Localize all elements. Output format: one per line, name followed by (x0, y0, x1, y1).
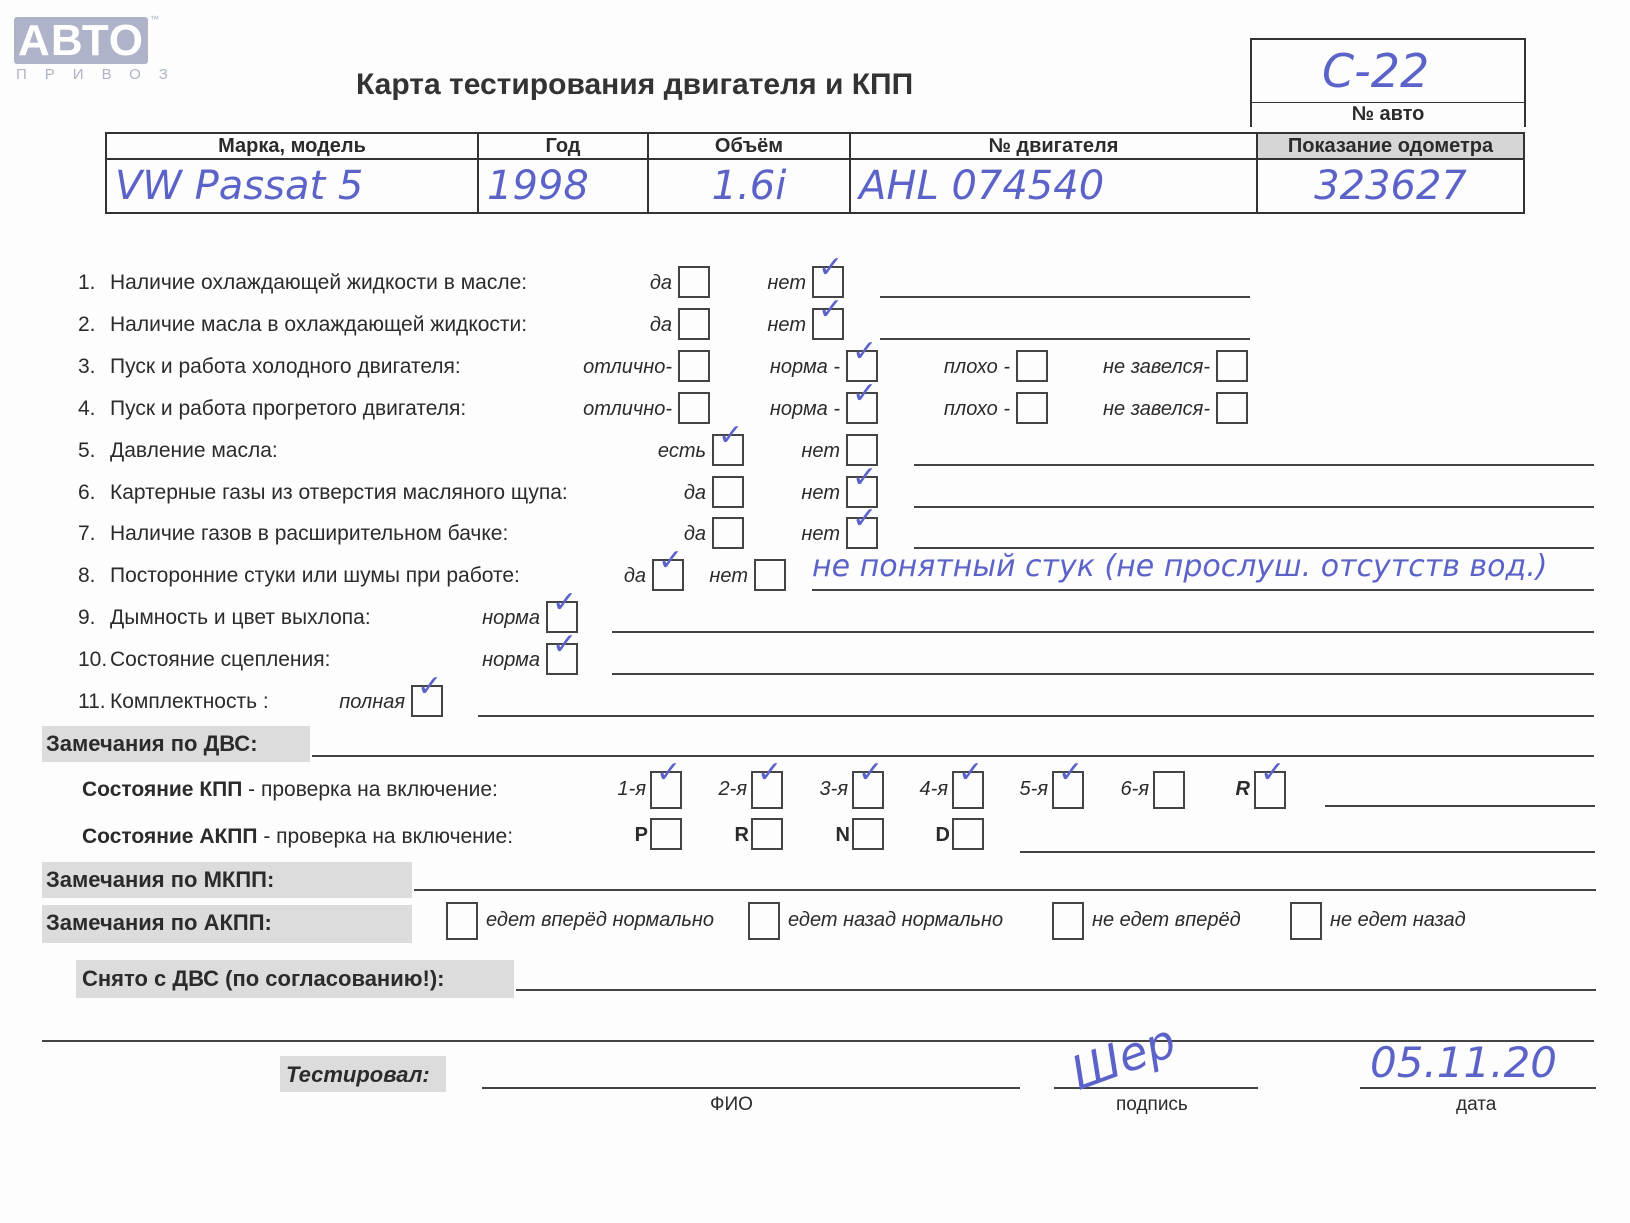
auto-gearbox-label-bold: Состояние АКПП (82, 825, 258, 848)
auto-remark-label: не едет назад (1330, 903, 1466, 937)
check-mark-icon: ✓ (852, 334, 877, 369)
checkbox[interactable]: ✓ (846, 392, 878, 424)
option-label: нет (767, 266, 806, 300)
gear-checkbox[interactable]: ✓ (650, 771, 682, 809)
note-line[interactable] (880, 338, 1250, 340)
removed-label: Снято с ДВС (по согласованию!): (82, 962, 445, 996)
checkbox[interactable]: ✓ (712, 434, 744, 466)
checklist-row: 7.Наличие газов в расширительном бачке: (78, 519, 508, 549)
position-checkbox[interactable] (952, 818, 984, 850)
position-label: P (635, 818, 648, 852)
auto-remarks-label: Замечания по АКПП: (46, 906, 272, 940)
option-label: норма - (770, 392, 840, 426)
gear-label: 4-я (920, 772, 948, 806)
item-label: Состояние сцепления: (110, 648, 330, 671)
checklist-row: 2.Наличие масла в охлаждающей жидкости: (78, 310, 527, 340)
manual-remarks-line[interactable] (414, 889, 1596, 891)
name-line[interactable] (482, 1087, 1020, 1089)
car-number-box: C-22 (1250, 38, 1526, 103)
item-label: Наличие газов в расширительном бачке: (110, 522, 508, 545)
item-number: 9. (78, 603, 110, 633)
checklist-row: 5.Давление масла: (78, 436, 278, 466)
checkbox[interactable] (678, 308, 710, 340)
option-label: плохо - (944, 350, 1010, 384)
checkbox[interactable] (1216, 392, 1248, 424)
col-make-model: Марка, модель (106, 133, 478, 159)
check-mark-icon: ✓ (757, 755, 782, 790)
option-label: плохо - (944, 392, 1010, 426)
item-number: 10. (78, 645, 110, 675)
checkbox[interactable] (712, 476, 744, 508)
name-caption: ФИО (710, 1094, 753, 1116)
option-label: норма (482, 643, 540, 677)
check-mark-icon: ✓ (818, 250, 843, 285)
date-caption: дата (1456, 1094, 1496, 1116)
option-label: да (684, 476, 706, 510)
checkbox[interactable]: ✓ (411, 685, 443, 717)
option-label: нет (801, 476, 840, 510)
auto-remark-label: едет назад нормально (788, 903, 1003, 937)
checkbox[interactable] (712, 517, 744, 549)
signature-caption: подпись (1116, 1094, 1188, 1116)
check-mark-icon: ✓ (417, 669, 442, 704)
checkbox[interactable]: ✓ (812, 308, 844, 340)
volume-value[interactable]: 1.6i (648, 159, 850, 213)
ice-remarks-line[interactable] (312, 755, 1594, 757)
col-year: Год (478, 133, 648, 159)
checklist-row: 8.Посторонние стуки или шумы при работе: (78, 561, 520, 591)
date-line[interactable] (1360, 1087, 1596, 1089)
auto-gearbox-label-rest: - проверка на включение: (258, 825, 514, 848)
option-label: нет (709, 559, 748, 593)
col-odometer: Показание одометра (1257, 133, 1524, 159)
gear-label: 3-я (820, 772, 848, 806)
auto-gearbox-note-line[interactable] (1020, 851, 1595, 853)
checkbox[interactable] (1016, 350, 1048, 382)
option-label: да (624, 559, 646, 593)
item-number: 2. (78, 310, 110, 340)
checkbox[interactable]: ✓ (652, 559, 684, 591)
item-number: 3. (78, 352, 110, 382)
col-engine-number: № двигателя (850, 133, 1257, 159)
removed-line-2[interactable] (42, 1040, 1594, 1042)
item-number: 5. (78, 436, 110, 466)
checkbox[interactable] (1016, 392, 1048, 424)
tested-by-label: Тестировал: (286, 1058, 430, 1092)
note-line[interactable] (478, 715, 1594, 717)
gear-label: 6-я (1121, 772, 1149, 806)
option-label: не завелся- (1103, 392, 1210, 426)
item-number: 4. (78, 394, 110, 424)
option-label: да (650, 308, 672, 342)
checkbox[interactable] (754, 559, 786, 591)
option-label: норма (482, 601, 540, 635)
gearbox-label-bold: Состояние КПП (82, 778, 242, 801)
check-mark-icon: ✓ (552, 585, 577, 620)
page-title: Карта тестирования двигателя и КПП (356, 68, 913, 102)
option-label: есть (658, 434, 706, 468)
check-mark-icon: ✓ (656, 755, 681, 790)
option-label: отлично- (583, 392, 672, 426)
checkbox[interactable]: ✓ (546, 643, 578, 675)
car-number-value[interactable]: C-22 (1322, 44, 1429, 98)
logo: АВТО (14, 17, 148, 64)
check-mark-icon: ✓ (852, 501, 877, 536)
item-label: Комплектность : (110, 690, 269, 713)
item-number: 6. (78, 478, 110, 508)
car-number-label: № авто (1250, 101, 1526, 127)
check-mark-icon: ✓ (818, 292, 843, 327)
item-label: Дымность и цвет выхлопа: (110, 606, 371, 629)
item-label: Пуск и работа холодного двигателя: (110, 355, 461, 378)
position-checkbox[interactable] (650, 818, 682, 850)
option-label: да (684, 517, 706, 551)
option-label: нет (801, 434, 840, 468)
odometer-value[interactable]: 323627 (1257, 159, 1524, 213)
item-number: 11. (78, 687, 110, 717)
auto-remark-label: не едет вперёд (1092, 903, 1241, 937)
gear-checkbox[interactable]: ✓ (952, 771, 984, 809)
removed-line[interactable] (516, 989, 1596, 991)
option-label: норма - (770, 350, 840, 384)
item-number: 8. (78, 561, 110, 591)
note-line[interactable] (612, 631, 1594, 633)
check-mark-icon: ✓ (852, 376, 877, 411)
option-label: нет (767, 308, 806, 342)
item-label: Наличие масла в охлаждающей жидкости: (110, 313, 527, 336)
check-mark-icon: ✓ (858, 755, 883, 790)
item-label: Давление масла: (110, 439, 278, 462)
checkbox[interactable] (678, 350, 710, 382)
auto-remark-checkbox[interactable] (1052, 902, 1084, 940)
vehicle-info-table: Марка, модель Год Объём № двигателя Пока… (105, 132, 1525, 214)
checklist-row: 1.Наличие охлаждающей жидкости в масле: (78, 268, 527, 298)
note-line[interactable] (914, 464, 1594, 466)
check-mark-icon: ✓ (552, 627, 577, 662)
position-label: R (735, 818, 749, 852)
checklist-row: 10.Состояние сцепления: (78, 645, 330, 675)
option-label: отлично- (583, 350, 672, 384)
note-text[interactable]: не понятный стук (не прослуш. отсутств в… (812, 549, 1547, 584)
position-label: D (936, 818, 950, 852)
item-label: Посторонние стуки или шумы при работе: (110, 564, 520, 587)
year-value[interactable]: 1998 (478, 159, 648, 213)
logo-subtitle: ПРИВОЗ (16, 66, 186, 83)
item-label: Наличие охлаждающей жидкости в масле: (110, 271, 527, 294)
gear-label: 1-я (618, 772, 646, 806)
engine-number-value[interactable]: AHL 074540 (850, 159, 1257, 213)
checkbox[interactable] (678, 392, 710, 424)
item-number: 7. (78, 519, 110, 549)
position-checkbox[interactable] (751, 818, 783, 850)
auto-gearbox-label: Состояние АКПП - проверка на включение: (82, 822, 513, 852)
gear-label: R (1236, 772, 1250, 806)
check-mark-icon: ✓ (718, 418, 743, 453)
checklist-row: 6.Картерные газы из отверстия масляного … (78, 478, 568, 508)
note-line[interactable] (612, 673, 1594, 675)
item-number: 1. (78, 268, 110, 298)
auto-remark-label: едет вперёд нормально (486, 903, 714, 937)
checkbox[interactable] (678, 266, 710, 298)
auto-remark-checkbox[interactable] (748, 902, 780, 940)
col-volume: Объём (648, 133, 850, 159)
note-line[interactable] (880, 296, 1250, 298)
gearbox-note-line[interactable] (1325, 805, 1595, 807)
item-label: Пуск и работа прогретого двигателя: (110, 397, 466, 420)
option-label: полная (339, 685, 405, 719)
position-label: N (836, 818, 850, 852)
position-checkbox[interactable] (852, 818, 884, 850)
gearbox-label-rest: - проверка на включение: (242, 778, 498, 801)
gear-label: 5-я (1020, 772, 1048, 806)
gear-checkbox[interactable]: ✓ (1052, 771, 1084, 809)
date-value[interactable]: 05.11.20 (1370, 1038, 1557, 1087)
gear-label: 2-я (719, 772, 747, 806)
manual-remarks-label: Замечания по МКПП: (46, 863, 274, 897)
gear-checkbox[interactable]: ✓ (1254, 771, 1286, 809)
check-mark-icon: ✓ (658, 543, 683, 578)
item-label: Картерные газы из отверстия масляного щу… (110, 481, 568, 504)
ice-remarks-label: Замечания по ДВС: (46, 727, 258, 761)
gear-checkbox[interactable]: ✓ (852, 771, 884, 809)
check-mark-icon: ✓ (1058, 755, 1083, 790)
option-label: нет (801, 517, 840, 551)
gear-checkbox[interactable] (1153, 771, 1185, 809)
checkbox[interactable]: ✓ (846, 517, 878, 549)
check-mark-icon: ✓ (1260, 755, 1285, 790)
note-line[interactable] (812, 589, 1594, 591)
auto-remark-checkbox[interactable] (446, 902, 478, 940)
option-label: да (650, 266, 672, 300)
logo-trademark: ™ (150, 14, 159, 24)
gear-checkbox[interactable]: ✓ (751, 771, 783, 809)
gearbox-label: Состояние КПП - проверка на включение: (82, 775, 498, 805)
checklist-row: 9.Дымность и цвет выхлопа: (78, 603, 371, 633)
check-mark-icon: ✓ (852, 460, 877, 495)
auto-remark-checkbox[interactable] (1290, 902, 1322, 940)
checklist-row: 11.Комплектность : (78, 687, 269, 717)
option-label: не завелся- (1103, 350, 1210, 384)
checkbox[interactable] (1216, 350, 1248, 382)
checklist-row: 4.Пуск и работа прогретого двигателя: (78, 394, 466, 424)
check-mark-icon: ✓ (958, 755, 983, 790)
make-model-value[interactable]: VW Passat 5 (106, 159, 478, 213)
checklist-row: 3.Пуск и работа холодного двигателя: (78, 352, 461, 382)
note-line[interactable] (914, 506, 1594, 508)
